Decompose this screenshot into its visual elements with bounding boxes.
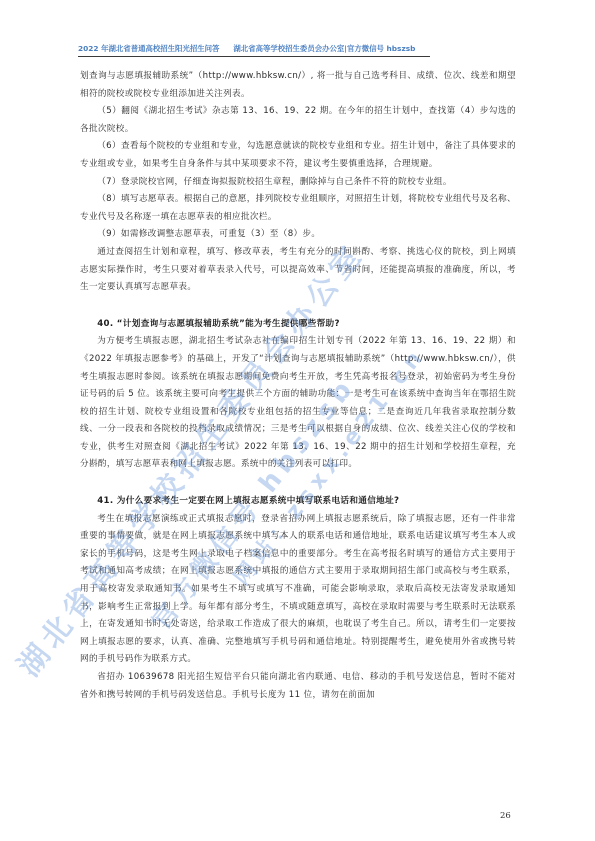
question-41-title: 41. 为什么要求考生一定要在网上填报志愿系统中填写联系电话和通信地址? — [80, 493, 516, 511]
spacer — [80, 474, 516, 493]
page-number: 26 — [500, 811, 511, 821]
step-5: （5）翻阅《湖北招生考试》杂志第 13、16、19、22 期。在今年的招生计划中… — [80, 103, 516, 138]
paragraph-continued: 划查询与志愿填报辅助系统”（http://www.hbksw.cn/）, 将一批… — [80, 68, 516, 103]
page-body: 划查询与志愿填报辅助系统”（http://www.hbksw.cn/）, 将一批… — [80, 68, 516, 704]
step-7: （7）登录院校官网，仔细查询拟报院校招生章程，删除掉与自己条件不符的院校专业组。 — [80, 174, 516, 192]
document-page: 2022 年湖北省普通高校招生阳光招生问答 湖北省高等学校招生委员会办公室|官方… — [0, 0, 595, 841]
question-41-answer: 考生在填报志愿演练或正式填报志愿时，登录省招办网上填报志愿系统后，除了填报志愿，… — [80, 511, 516, 669]
step-9: （9）如需修改调整志愿草表，可重复（3）至（8）步。 — [80, 226, 516, 244]
step-8: （8）填写志愿草表。根据自己的意愿，排列院校专业组顺序，对照招生计划，将院校专业… — [80, 191, 516, 226]
summary-paragraph: 通过查阅招生计划和章程，填写、修改草表，考生有充分的时间斟酌、考察、挑选心仪的院… — [80, 244, 516, 297]
header-publisher: 湖北省高等学校招生委员会办公室|官方微信号 hbszsb — [233, 43, 415, 54]
question-41-answer-sms: 省招办 10639678 阳光招生短信平台只能向湖北省内联通、电信、移动的手机号… — [80, 669, 516, 704]
question-40-title: 40. “计划查询与志愿填报辅助系统”能为考生提供哪些帮助? — [80, 316, 516, 334]
step-6: （6）查看每个院校的专业组和专业，勾选愿意就读的院校专业组和专业。招生计划中，备… — [80, 138, 516, 173]
header-title: 2022 年湖北省普通高校招生阳光招生问答 — [78, 43, 219, 54]
question-40-answer: 为方便考生填报志愿，湖北招生考试杂志社在编印招生计划专刊（2022 年第 13、… — [80, 333, 516, 474]
spacer — [80, 297, 516, 316]
page-header: 2022 年湖北省普通高校招生阳光招生问答 湖北省高等学校招生委员会办公室|官方… — [78, 41, 430, 57]
